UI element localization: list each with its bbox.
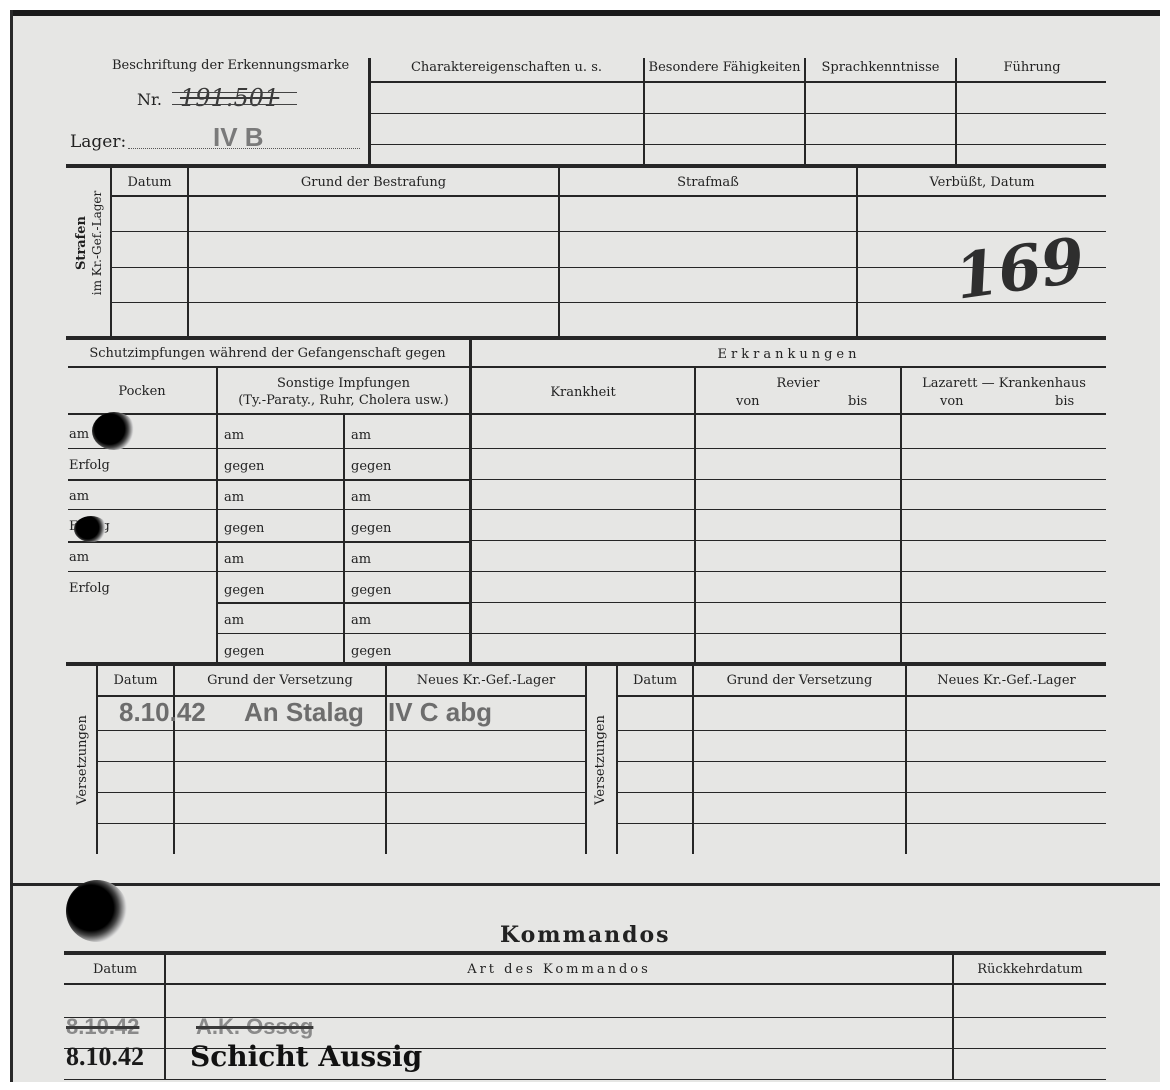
divider [173,664,175,854]
bottom-margin [0,1082,1170,1090]
strafen-side-label-2: im Kr.-Gef.-Lager [90,183,106,303]
rule [68,413,1106,415]
divider [856,166,858,338]
col-revier: Revier [696,376,900,391]
rule [218,602,469,604]
col-krankheit: Krankheit [472,385,694,400]
pocken-am-3: am [69,550,89,565]
other-gegen: gegen [351,459,391,474]
other-am: am [351,490,371,505]
other-am: am [224,552,244,567]
other-am: am [224,490,244,505]
rule [110,231,1106,232]
rule [471,448,1106,449]
kommando-col-art: Art des Kommandos [166,962,952,977]
punch-hole [92,412,136,450]
pocken-am-2: am [69,489,89,504]
nr-label: Nr. [137,90,162,109]
strike-line [172,92,297,93]
rule [110,302,1106,303]
divider [692,664,694,854]
rule [64,1079,1106,1080]
transfer-side-label: Versetzungen [75,705,91,815]
rule [98,730,586,731]
other-gegen: gegen [224,459,264,474]
pocken-erfolg-3: Erfolg [69,581,110,596]
transfer2-col-datum: Datum [618,673,692,688]
col-sonstige-sub: (Ty.-Paraty., Ruhr, Cholera usw.) [218,393,469,408]
rule [68,366,469,368]
other-gegen: gegen [224,583,264,598]
other-am: am [351,552,371,567]
rule [98,823,586,824]
strike-line [172,104,297,105]
rule [98,761,586,762]
rule [68,509,469,510]
kommando-art-2: Schicht Aussig [190,1040,422,1073]
rule [98,792,586,793]
rule [110,195,1106,197]
col-sprachen: Sprachkenntnisse [806,60,955,75]
other-gegen: gegen [351,583,391,598]
divider [216,367,218,663]
divider [900,367,902,663]
rule [370,113,1106,114]
divider [187,166,189,338]
divider [96,664,98,854]
divider [905,664,907,854]
rule [370,144,1106,145]
pocken-erfolg-1: Erfolg [69,458,110,473]
transfer-grund: An Stalag [244,697,364,728]
rule [64,951,1106,955]
nr-value: 191.501 [180,84,279,112]
col-grund-bestrafung: Grund der Bestrafung [189,175,558,190]
col-lazarett: Lazarett — Krankenhaus [902,376,1106,391]
other-gegen: gegen [224,521,264,536]
rule [68,448,469,449]
other-gegen: gegen [351,521,391,536]
rule [471,479,1106,480]
revier-bis: bis [848,394,867,409]
rule [471,366,1106,368]
other-gegen: gegen [224,644,264,659]
lazarett-von: von [940,394,964,409]
rule [618,761,1106,762]
kommando-datum-1: 8.10.42 [66,1014,139,1040]
rule [471,540,1106,541]
col-pocken: Pocken [68,384,216,399]
lazarett-bis: bis [1055,394,1074,409]
other-gegen: gegen [351,644,391,659]
rule [471,633,1106,634]
revier-von: von [736,394,760,409]
rule [471,602,1106,603]
kommando-col-rueckkehr: Rückkehrdatum [954,962,1106,977]
transfer-col-grund: Grund der Versetzung [175,673,385,688]
punch-hole [66,880,128,942]
rule [618,730,1106,731]
col-sonstige: Sonstige Impfungen [218,376,469,391]
illness-title: Erkrankungen [472,347,1106,362]
divider [385,664,387,854]
kommando-col-datum: Datum [66,962,164,977]
section-rule [66,336,1106,340]
divider [616,664,618,854]
lager-label: Lager: [70,132,126,152]
card-left-edge [10,10,13,1082]
kommando-art-1: A.K. Osseg [196,1014,313,1040]
vaccination-title: Schutzimpfungen während der Gefangenscha… [66,346,469,361]
col-strafmass: Strafmaß [560,175,856,190]
rule [618,792,1106,793]
rule [370,81,1106,83]
punch-hole [74,516,108,542]
pocken-am-1: am [69,427,89,442]
other-am: am [224,613,244,628]
rule [616,695,1106,697]
divider [585,664,587,854]
transfer2-col-lager: Neues Kr.-Gef.-Lager [907,673,1106,688]
col-datum: Datum [112,175,187,190]
section-rule [66,164,1106,168]
rule [471,571,1106,572]
strafen-side-label: Strafen [74,183,90,303]
rule [68,571,469,572]
divider [110,166,112,338]
divider [558,166,560,338]
col-verbuesst: Verbüßt, Datum [858,175,1106,190]
divider [343,415,345,663]
kommandos-title: Kommandos [500,922,671,948]
kommando-datum-2: 8.10.42 [66,1042,144,1072]
rule [64,983,1106,985]
rule [68,479,469,481]
divider [694,367,696,663]
section-rule [10,883,1160,886]
rule [471,509,1106,510]
rule [68,541,469,543]
transfer-datum: 8.10.42 [119,697,206,728]
other-am: am [351,613,371,628]
transfer-col-lager: Neues Kr.-Gef.-Lager [387,673,585,688]
col-fuehrung: Führung [957,60,1107,75]
other-am: am [224,428,244,443]
col-charakter: Charaktereigenschaften u. s. [370,60,643,75]
transfer2-col-grund: Grund der Versetzung [694,673,905,688]
card-top-edge [10,10,1160,16]
transfer-lager: IV C abg [388,697,492,728]
id-tag-title: Beschriftung der Erkennungsmarke [112,58,349,73]
transfer-col-datum: Datum [98,673,173,688]
transfer2-side-label: Versetzungen [593,705,609,815]
lager-stamp: IV B [213,122,264,153]
other-am: am [351,428,371,443]
rule [618,823,1106,824]
rule [218,633,469,634]
col-faehigkeiten: Besondere Fähigkeiten [645,60,804,75]
